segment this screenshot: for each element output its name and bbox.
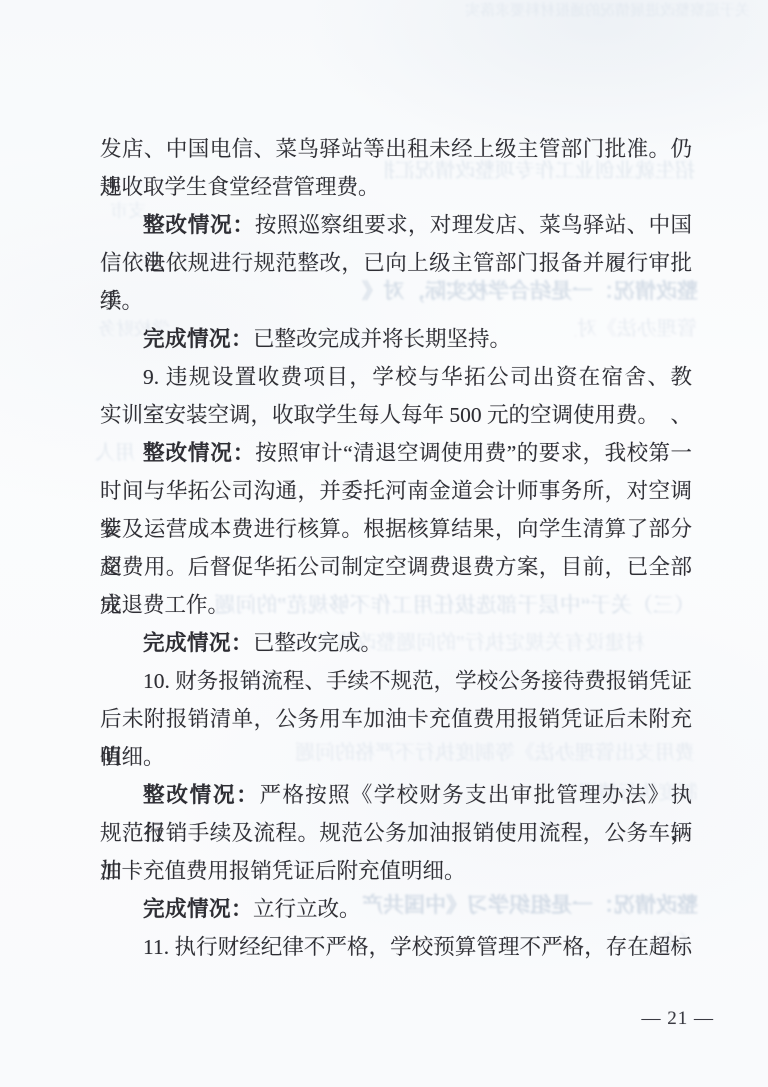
text-line: 9. 违规设置收费项目，学校与华拓公司出资在宿舍、教室、	[100, 358, 692, 396]
bold-label: 完成情况：	[143, 327, 253, 351]
text-line: 信依法依规进行规范整改，已向上级主管部门报备并履行审批手	[100, 244, 692, 282]
bold-label: 完成情况：	[143, 631, 253, 655]
document-page: 关于巡察整改进展情况的通报材料要求落实招生就业创业工作专项整改情况汇报支市整改情…	[0, 0, 768, 1087]
text-line: 完成情况：已整改完成并将长期坚持。	[100, 320, 692, 358]
text-line: 规范报销手续及流程。规范公务加油报销使用流程，公务车辆加	[100, 814, 692, 852]
text-line: 后未附报销清单，公务用车加油卡充值费用报销凭证后未附充值	[100, 700, 692, 738]
text-line: 明细。	[100, 738, 692, 776]
text-line: 整改情况：按照审计“清退空调使用费”的要求，我校第一	[100, 434, 692, 472]
text-line: 成退费工作。	[100, 586, 692, 624]
bold-label: 整改情况：	[143, 441, 255, 465]
text-line: 完成情况：立行立改。	[100, 890, 692, 928]
text-line: 发店、中国电信、菜鸟驿站等出租未经上级主管部门批准。仍违	[100, 130, 692, 168]
page-number: — 21 —	[642, 1008, 715, 1030]
text-line: 交费用。后督促华拓公司制定空调费退费方案，目前，已全部完	[100, 548, 692, 586]
bold-label: 整改情况：	[143, 213, 255, 237]
text-line: 续。	[100, 282, 692, 320]
bold-label: 完成情况：	[143, 897, 253, 921]
text-line: 规收取学生食堂经营管理费。	[100, 168, 692, 206]
text-line: 10. 财务报销流程、手续不规范，学校公务接待费报销凭证	[100, 662, 692, 700]
bold-label: 整改情况：	[143, 783, 260, 807]
text-line: 11. 执行财经纪律不严格，学校预算管理不严格，存在超标	[100, 928, 692, 966]
text-line: 实训室安装空调，收取学生每人每年 500 元的空调使用费。	[100, 396, 692, 434]
text-line: 完成情况：已整改完成。	[100, 624, 692, 662]
text-line: 时间与华拓公司沟通，并委托河南金道会计师事务所，对空调安	[100, 472, 692, 510]
text-line: 整改情况：按照巡察组要求，对理发店、菜鸟驿站、中国电	[100, 206, 692, 244]
text-line: 装及运营成本费进行核算。根据核算结果，向学生清算了部分超	[100, 510, 692, 548]
text-line: 整改情况：严格按照《学校财务支出审批管理办法》执行，	[100, 776, 692, 814]
bleedthrough-text: 关于巡察整改进展情况的通报材料要求落实	[390, 0, 750, 26]
text-line: 油卡充值费用报销凭证后附充值明细。	[100, 852, 692, 890]
